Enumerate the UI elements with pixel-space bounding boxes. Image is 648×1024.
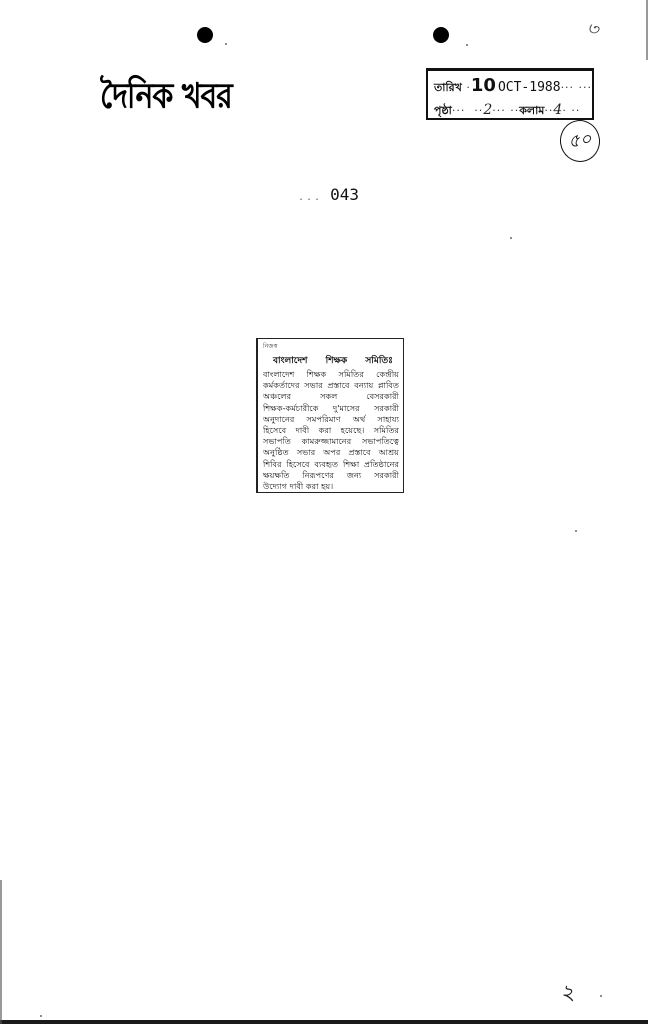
stamp-column-value: 4 <box>553 102 562 118</box>
file-number-prefix: ... <box>298 192 322 203</box>
newspaper-clipping: নিজস্ব বাংলাদেশ শিক্ষক সমিতিঃ বাংলাদেশ শ… <box>256 338 404 493</box>
clipping-line: সভাপতি কামরুজ্জামানের সভাপতিত্বে <box>263 436 399 447</box>
stamp-date-day: 10 <box>471 75 496 96</box>
clipping-line: শিবির হিসেবে ব্যবহৃত শিক্ষা প্রতিষ্ঠানের <box>263 459 399 470</box>
scan-edge-bottom <box>0 1020 648 1024</box>
scan-speck <box>466 44 468 46</box>
clipping-line: বাংলাদেশ শিক্ষক সমিতির কেন্দ্রীয় <box>263 369 399 380</box>
clipping-line: উদ্যোগ দাবী করা হয়। <box>263 481 399 492</box>
handwritten-circled-number: ৫০ <box>557 117 602 164</box>
stamp-date-label: তারিখ <box>434 79 462 98</box>
punch-hole-left <box>197 27 213 43</box>
clipping-line: হিসেবে দাবী করা হয়েছে। সমিতির <box>263 425 399 436</box>
file-number-value: 043 <box>330 185 359 204</box>
clipping-line: অনুষ্ঠিত সভার অপর প্রস্তাবে আশ্রয় <box>263 447 399 458</box>
scan-edge-left <box>0 880 2 1024</box>
clipping-line: শিক্ষক-কর্মচারীকে দু'মাসের সরকারী <box>263 403 399 414</box>
stamp-date-row: তারিখ · 10 OCT-1988 ··· ··· <box>434 75 586 98</box>
pencil-mark-top-right: ৩ <box>579 13 605 46</box>
stamp-date-value: OCT-1988 <box>498 80 561 95</box>
scanned-document-page: দৈনিক খবর তারিখ · 10 OCT-1988 ··· ··· পৃ… <box>0 0 648 1024</box>
scan-speck <box>575 530 577 532</box>
archive-date-stamp: তারিখ · 10 OCT-1988 ··· ··· পৃষ্ঠা ··· ·… <box>426 68 594 120</box>
scan-speck <box>510 237 512 239</box>
scan-speck <box>600 995 602 997</box>
scan-speck <box>225 43 227 45</box>
scan-speck <box>40 1015 42 1017</box>
file-number: ...043 <box>298 185 359 204</box>
stamp-page-row: পৃষ্ঠা ··· ·· 2 ··· ·· কলাম ·· 4 · ·· <box>434 102 586 121</box>
clipping-headline: বাংলাদেশ শিক্ষক সমিতিঃ <box>263 353 399 369</box>
clipping-line: কর্মকর্তাদের সভার প্রস্তাবে বন্যায় প্লা… <box>263 380 399 391</box>
clipping-line: অনুদানের সমপরিমাণ অর্থ সাহায্য <box>263 414 399 425</box>
newspaper-masthead: দৈনিক খবর <box>100 68 232 127</box>
pencil-mark-bottom-right: ২ <box>557 975 578 1014</box>
punch-hole-right <box>433 27 449 43</box>
stamp-column-label: কলাম <box>519 102 544 121</box>
stamp-page-value: 2 <box>483 102 492 118</box>
stamp-page-label: পৃষ্ঠা <box>434 102 452 121</box>
clipping-line: অঞ্চলের সকল বেসরকারী <box>263 391 399 402</box>
clipping-line: ক্ষয়ক্ষতি নিরূপণের জন্য সরকারী <box>263 470 399 481</box>
clipping-dateline: নিজস্ব <box>263 341 399 352</box>
